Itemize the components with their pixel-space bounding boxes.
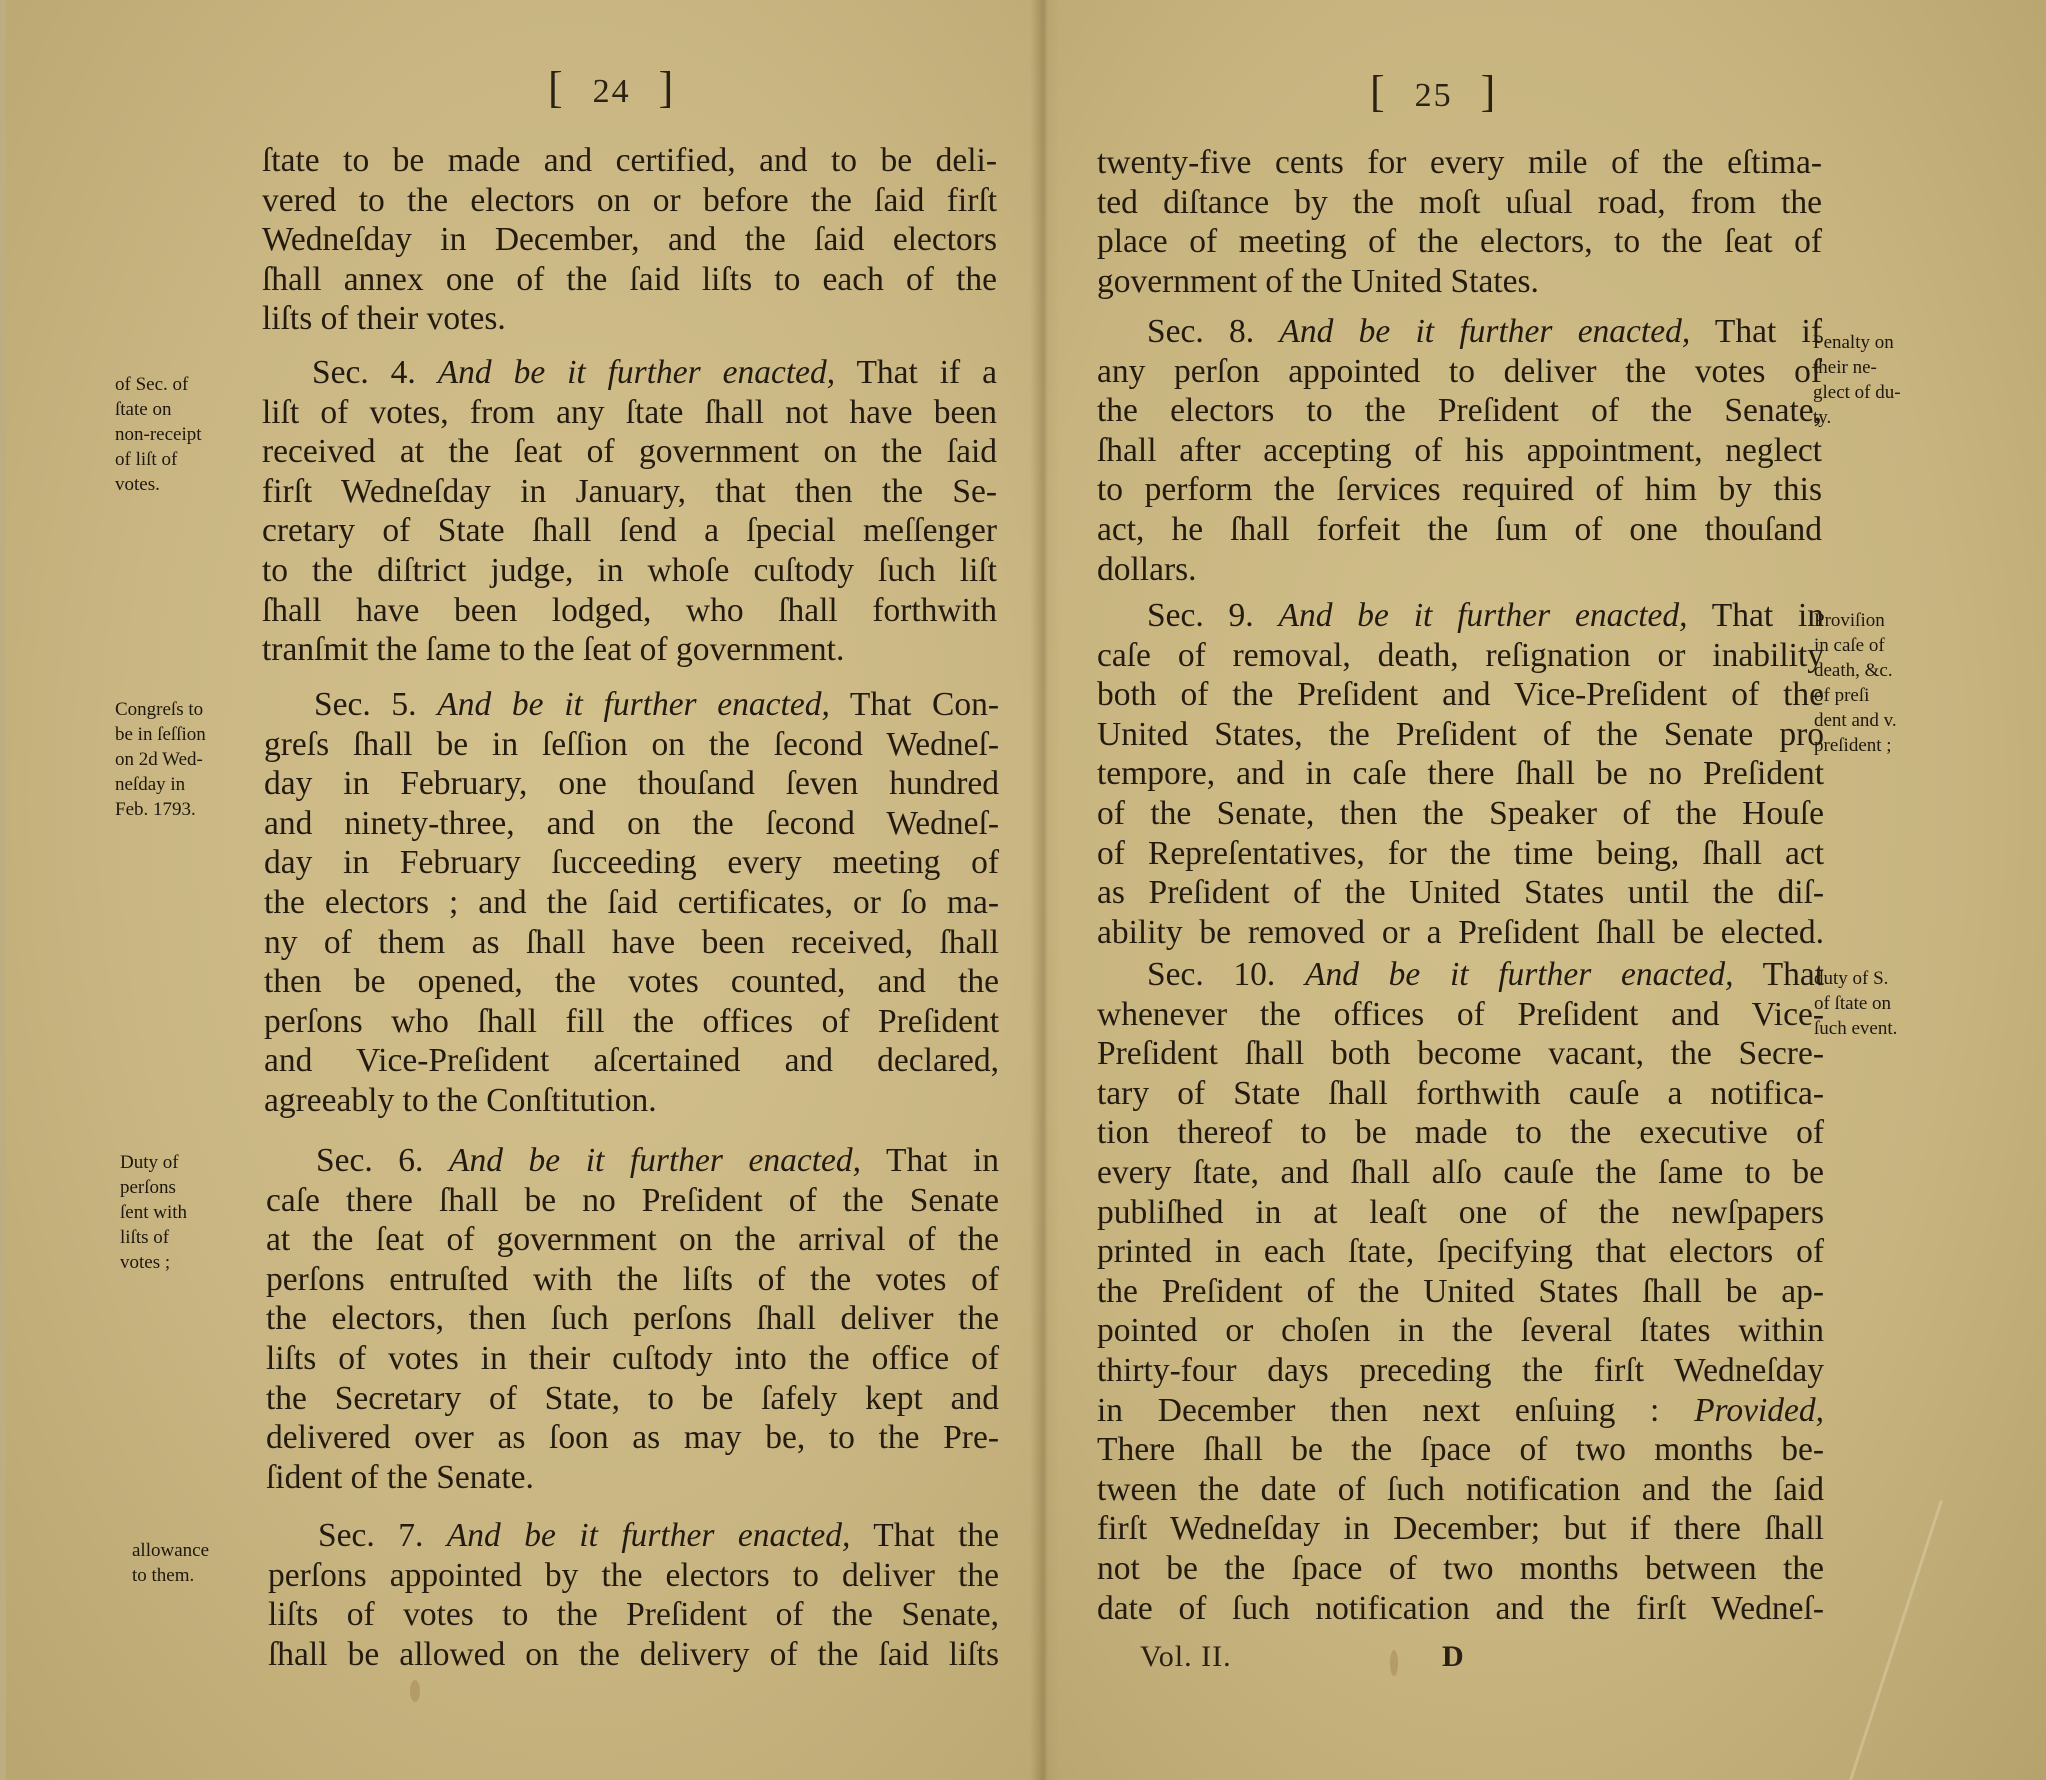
text-fragment: in December then next enſuing :	[1097, 1392, 1659, 1429]
text-line: Wedneſday in December, and the ſaid elec…	[262, 220, 997, 260]
margin-note-line: glect of du-	[1813, 380, 1901, 405]
proviso-line: in December then next enſuing : Provided…	[1097, 1391, 1824, 1431]
text-line: whenever the offices of Preſident and Vi…	[1097, 995, 1824, 1035]
page-number-left: [24]	[548, 62, 675, 113]
margin-note-line: neſday in	[115, 772, 206, 797]
text-line: United States, the Preſident of the Sena…	[1097, 715, 1824, 755]
margin-note-sec-8: Penalty on their ne- glect of du- ty.	[1813, 330, 1901, 430]
text-line: twenty-five cents for every mile of the …	[1097, 143, 1822, 183]
section-6: Sec. 6. And be it further enacted, That …	[266, 1141, 999, 1497]
section-10: Sec. 10. And be it further enacted, That…	[1097, 955, 1824, 1628]
text-line: to perform the ſervices required of him …	[1097, 470, 1822, 510]
section-heading-line: Sec. 7. And be it further enacted, That …	[268, 1516, 999, 1556]
text-line: tempore, and in caſe there ſhall be no P…	[1097, 754, 1824, 794]
margin-note-line: Congreſs to	[115, 697, 206, 722]
paragraph-continuation-left: ſtate to be made and certified, and to b…	[262, 141, 997, 339]
folio-open-bracket: [	[1370, 67, 1387, 116]
enacting-clause: And be it further enacted,	[1279, 313, 1690, 350]
margin-note-sec-10: duty of S. of ſtate on ſuch event.	[1814, 966, 1897, 1041]
section-heading-line: Sec. 4. And be it further enacted, That …	[262, 353, 997, 393]
margin-note-line: duty of S.	[1814, 966, 1897, 991]
text-line: vered to the electors on or before the ſ…	[262, 181, 997, 221]
book-spread: [24] ſtate to be made and certified, and…	[0, 0, 2046, 1780]
text-line: to the diſtrict judge, in whoſe cuſtody …	[262, 551, 997, 591]
text-line: tranſmit the ſame to the ſeat of governm…	[262, 630, 997, 670]
text-line: ability be removed or a Preſident ſhall …	[1097, 913, 1824, 953]
margin-note-sec-9: Proviſion in caſe of death, &c. of preſi…	[1814, 608, 1897, 758]
paper-crease	[1847, 1500, 1943, 1780]
margin-note-sec-5: Congreſs to be in ſeſſion on 2d Wed- neſ…	[115, 697, 206, 822]
margin-note-line: ty.	[1813, 405, 1901, 430]
margin-note-sec-7: allowance to them.	[132, 1538, 209, 1588]
text-line: government of the United States.	[1097, 262, 1822, 302]
text-line: tween the date of ſuch notification and …	[1097, 1470, 1824, 1510]
text-line: There ſhall be the ſpace of two months b…	[1097, 1430, 1824, 1470]
margin-note-line: of Sec. of	[115, 372, 202, 397]
section-heading-line: Sec. 8. And be it further enacted, That …	[1097, 312, 1822, 352]
text-line: date of ſuch notification and the firſt …	[1097, 1589, 1824, 1629]
margin-note-sec-4: of Sec. of ſtate on non-receipt of liſt …	[115, 372, 202, 497]
section-heading-line: Sec. 6. And be it further enacted, That …	[266, 1141, 999, 1181]
text-line: publiſhed in at leaſt one of the newſpap…	[1097, 1193, 1824, 1233]
text-line: day in February ſucceeding every meeting…	[264, 843, 999, 883]
section-5: Sec. 5. And be it further enacted, That …	[264, 685, 999, 1121]
folio-close-bracket: ]	[659, 63, 676, 112]
text-line: tary of State ſhall forthwith cauſe a no…	[1097, 1074, 1824, 1114]
text-line: the electors to the Preſident of the Sen…	[1097, 391, 1822, 431]
text-line: Preſident ſhall both become vacant, the …	[1097, 1034, 1824, 1074]
text-line: liſt of votes, from any ſtate ſhall not …	[262, 393, 997, 433]
page-edge	[0, 0, 6, 1780]
section-8: Sec. 8. And be it further enacted, That …	[1097, 312, 1822, 589]
text-line: ted diſtance by the moſt uſual road, fro…	[1097, 183, 1822, 223]
text-line: pointed or choſen in the ſeveral ſtates …	[1097, 1311, 1824, 1351]
text-line: perſons who ſhall fill the offices of Pr…	[264, 1002, 999, 1042]
foxing-stain	[1390, 1650, 1398, 1676]
volume-signature: Vol. II.	[1140, 1640, 1232, 1674]
text-line: act, he ſhall forfeit the ſum of one tho…	[1097, 510, 1822, 550]
gathering-signature: D	[1442, 1640, 1465, 1674]
book-gutter	[1030, 0, 1060, 1780]
text-line: the electors ; and the ſaid certificates…	[264, 883, 999, 923]
text-line: ny of them as ſhall have been received, …	[264, 923, 999, 963]
text-fragment: That the	[873, 1517, 999, 1554]
margin-note-line: in caſe of	[1814, 633, 1897, 658]
margin-note-line: ſtate on	[115, 397, 202, 422]
margin-note-line: Duty of	[120, 1150, 187, 1175]
text-line: place of meeting of the electors, to the…	[1097, 222, 1822, 262]
text-line: firſt Wedneſday in December; but if ther…	[1097, 1509, 1824, 1549]
margin-note-line: perſons	[120, 1175, 187, 1200]
margin-note-line: non-receipt	[115, 422, 202, 447]
proviso-clause: Provided,	[1694, 1392, 1824, 1429]
margin-note-line: Penalty on	[1813, 330, 1901, 355]
text-line: the electors, then ſuch perſons ſhall de…	[266, 1299, 999, 1339]
text-line: received at the ſeat of government on th…	[262, 432, 997, 472]
folio-number: 24	[593, 73, 631, 110]
margin-note-line: votes ;	[120, 1250, 187, 1275]
text-fragment: That in	[1712, 597, 1824, 634]
enacting-clause: And be it further enacted,	[1305, 956, 1734, 993]
enacting-clause: And be it further enacted,	[437, 686, 830, 723]
section-heading-line: Sec. 10. And be it further enacted, That	[1097, 955, 1824, 995]
margin-note-line: of ſtate on	[1814, 991, 1897, 1016]
text-line: every ſtate, and ſhall alſo cauſe the ſa…	[1097, 1153, 1824, 1193]
section-label: Sec. 6.	[316, 1142, 423, 1179]
margin-note-line: death, &c.	[1814, 658, 1897, 683]
margin-note-line: to them.	[132, 1563, 209, 1588]
text-line: not be the ſpace of two months between t…	[1097, 1549, 1824, 1589]
text-line: any perſon appointed to deliver the vote…	[1097, 352, 1822, 392]
text-fragment: That	[1763, 956, 1824, 993]
margin-note-line: votes.	[115, 472, 202, 497]
section-label: Sec. 5.	[314, 686, 417, 723]
text-line: at the ſeat of government on the arrival…	[266, 1220, 999, 1260]
right-page: [25] twenty-five cents for every mile of…	[1040, 0, 2046, 1780]
text-line: delivered over as ſoon as may be, to the…	[266, 1418, 999, 1458]
text-line: as Preſident of the United States until …	[1097, 873, 1824, 913]
text-line: caſe of removal, death, reſignation or i…	[1097, 636, 1824, 676]
enacting-clause: And be it further enacted,	[447, 1517, 851, 1554]
text-line: liſts of their votes.	[262, 299, 997, 339]
text-line: firſt Wedneſday in January, that then th…	[262, 472, 997, 512]
text-line: of the Senate, then the Speaker of the H…	[1097, 794, 1824, 834]
text-line: tion thereof to be made to the executive…	[1097, 1113, 1824, 1153]
text-line: ſhall have been lodged, who ſhall forthw…	[262, 591, 997, 631]
section-9: Sec. 9. And be it further enacted, That …	[1097, 596, 1824, 952]
margin-note-sec-6: Duty of perſons ſent with liſts of votes…	[120, 1150, 187, 1275]
text-line: and ninety-three, and on the ſecond Wedn…	[264, 804, 999, 844]
section-label: Sec. 8.	[1147, 313, 1254, 350]
section-label: Sec. 4.	[312, 354, 416, 391]
margin-note-line: allowance	[132, 1538, 209, 1563]
text-line: ſhall annex one of the ſaid liſts to eac…	[262, 260, 997, 300]
text-line: of Repreſentatives, for the time being, …	[1097, 834, 1824, 874]
text-line: ſident of the Senate.	[266, 1458, 999, 1498]
text-line: caſe there ſhall be no Preſident of the …	[266, 1181, 999, 1221]
margin-note-line: ſuch event.	[1814, 1016, 1897, 1041]
text-line: agreeably to the Conſtitution.	[264, 1081, 999, 1121]
margin-note-line: of liſt of	[115, 447, 202, 472]
page-number-right: [25]	[1370, 66, 1497, 117]
text-line: and Vice-Preſident aſcertained and decla…	[264, 1041, 999, 1081]
section-heading-line: Sec. 5. And be it further enacted, That …	[264, 685, 999, 725]
text-line: the Secretary of State, to be ſafely kep…	[266, 1379, 999, 1419]
ink-stain	[410, 1680, 420, 1702]
text-fragment: That in	[886, 1142, 999, 1179]
text-line: printed in each ſtate, ſpecifying that e…	[1097, 1232, 1824, 1272]
text-line: cretary of State ſhall ſend a ſpecial me…	[262, 511, 997, 551]
text-line: day in February, one thouſand ſeven hund…	[264, 764, 999, 804]
text-line: perſons appointed by the electors to del…	[268, 1556, 999, 1596]
text-line: liſts of votes to the Preſident of the S…	[268, 1595, 999, 1635]
enacting-clause: And be it further enacted,	[1279, 597, 1688, 634]
enacting-clause: And be it further enacted,	[438, 354, 835, 391]
section-7: Sec. 7. And be it further enacted, That …	[268, 1516, 999, 1674]
section-label: Sec. 10.	[1147, 956, 1275, 993]
margin-note-line: Proviſion	[1814, 608, 1897, 633]
margin-note-line: dent and v.	[1814, 708, 1897, 733]
text-fragment: That if a	[856, 354, 997, 391]
margin-note-line: liſts of	[120, 1225, 187, 1250]
text-fragment: That if	[1715, 313, 1822, 350]
text-line: liſts of votes in their cuſtody into the…	[266, 1339, 999, 1379]
margin-note-line: on 2d Wed-	[115, 747, 206, 772]
text-line: dollars.	[1097, 550, 1822, 590]
margin-note-line: of preſi	[1814, 683, 1897, 708]
text-fragment: That Con-	[850, 686, 999, 723]
section-heading-line: Sec. 9. And be it further enacted, That …	[1097, 596, 1824, 636]
left-page: [24] ſtate to be made and certified, and…	[0, 0, 1040, 1780]
text-line: thirty-four days preceding the firſt Wed…	[1097, 1351, 1824, 1391]
text-line: both of the Preſident and Vice-Preſident…	[1097, 675, 1824, 715]
text-line: ſtate to be made and certified, and to b…	[262, 141, 997, 181]
margin-note-line: preſident ;	[1814, 733, 1897, 758]
margin-note-line: their ne-	[1813, 355, 1901, 380]
enacting-clause: And be it further enacted,	[449, 1142, 861, 1179]
paragraph-continuation-right: twenty-five cents for every mile of the …	[1097, 143, 1822, 301]
section-label: Sec. 9.	[1147, 597, 1254, 634]
text-line: perſons entruſted with the liſts of the …	[266, 1260, 999, 1300]
text-line: the Preſident of the United States ſhall…	[1097, 1272, 1824, 1312]
folio-number: 25	[1415, 77, 1453, 114]
text-line: ſhall after accepting of his appointment…	[1097, 431, 1822, 471]
folio-open-bracket: [	[548, 63, 565, 112]
section-label: Sec. 7.	[318, 1517, 423, 1554]
text-line: then be opened, the votes counted, and t…	[264, 962, 999, 1002]
section-4: Sec. 4. And be it further enacted, That …	[262, 353, 997, 670]
text-line: greſs ſhall be in ſeſſion on the ſecond …	[264, 725, 999, 765]
text-line: ſhall be allowed on the delivery of the …	[268, 1635, 999, 1675]
folio-close-bracket: ]	[1481, 67, 1498, 116]
margin-note-line: ſent with	[120, 1200, 187, 1225]
margin-note-line: Feb. 1793.	[115, 797, 206, 822]
margin-note-line: be in ſeſſion	[115, 722, 206, 747]
